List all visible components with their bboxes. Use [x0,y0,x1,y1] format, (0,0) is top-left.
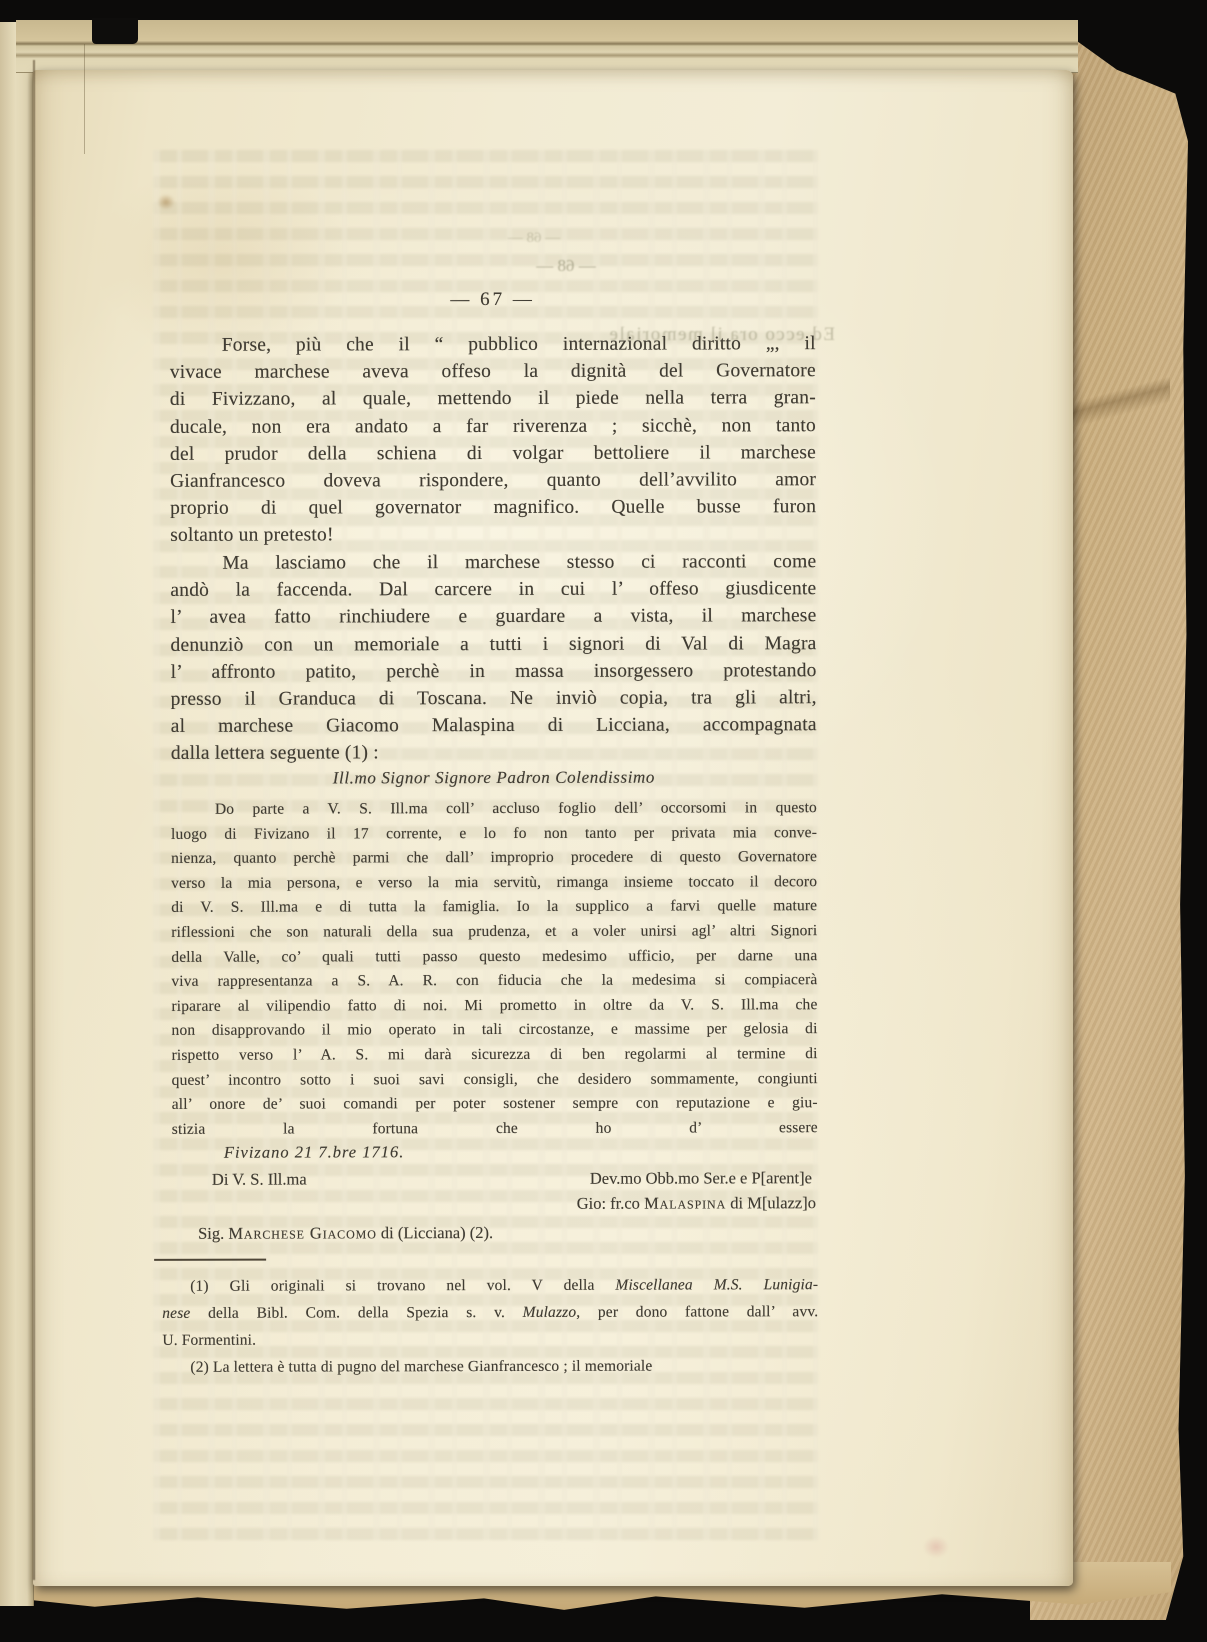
text-line: vivace marchese aveva offeso la dignità … [170,357,816,386]
footnote-text: (1) Gli originali si trovano nel vol. V … [190,1277,615,1295]
signature-name: Malaspina [644,1193,726,1212]
letter-line: riparare al vilipendio fatto di noi. Mi … [171,993,817,1019]
top-edge-notch [92,18,138,44]
letter-line: di V. S. Ill.ma e di tutta la famiglia. … [171,895,817,921]
text-line: Forse, più che il “ pubblico internazion… [170,330,816,359]
scanned-page: — 68 — — 68 — Ed ecco ora il memoriale —… [33,70,1073,1586]
letter-dateline: Fivizano 21 7.bre 1716. [172,1141,818,1163]
letter-line: riflessioni che son naturali della sua p… [171,919,817,945]
text-line: soltanto un pretesto! [170,520,816,549]
footnote-text: (2) La lettera è tutta di pugno del marc… [190,1358,652,1376]
letter-from: Di V. S. Ill.ma [172,1167,307,1191]
text-line: Gianfrancesco doveva rispondere, quanto … [170,466,816,495]
text-line: presso il Granduca di Toscana. Ne inviò … [171,684,817,713]
text-line: andò la faccenda. Dal carcere in cui l’ … [170,575,816,604]
footnote-line: U. Formentini. [162,1325,818,1354]
addressee-prefix: Sig. [198,1224,228,1243]
body-paragraph-1: Forse, più che il “ pubblico internazion… [170,330,817,549]
text-line: l’ avea fatto rinchiudere e guardare a v… [170,603,816,632]
footnote-line: (2) La lettera è tutta di pugno del marc… [162,1352,818,1381]
body-paragraph-2: Ma lasciamo che il marchese stesso ci ra… [170,548,817,767]
text-line: denunziò con un memoriale a tutti i sign… [170,630,816,659]
letter-valediction: Dev.mo Obb.mo Ser.e e P[arent]e [590,1166,818,1191]
footnote-text: , per dono fattone dall’ avv. [576,1303,818,1321]
gutter-shadow [33,60,35,1580]
letter-line: stizia la fortuna che ho d’ essere [172,1116,818,1142]
letter-line: Do parte a V. S. Ill.ma coll’ accluso fo… [171,796,817,822]
text-line: ducale, non era andato a far riverenza ;… [170,412,816,441]
footnote-line: nese della Bibl. Com. della Spezia s. v.… [162,1298,818,1327]
footnote-text-italic: Mulazzo [523,1304,577,1321]
book-scan: — 68 — — 68 — Ed ecco ora il memoriale —… [0,0,1207,1642]
footnote-separator-rule [154,1259,266,1261]
signature-suffix: di M[ulazz]o [726,1193,816,1212]
letter-addressee: Sig. Marchese Giacomo di (Licciana) (2). [172,1222,818,1244]
spine-fold-line [84,44,85,154]
paper-stain [923,1536,949,1558]
facing-page-strip [0,22,34,1606]
text-line: del prudor della schiena di volgar betto… [170,439,816,468]
text-block: — 67 — Forse, più che il “ pubblico inte… [169,69,819,1587]
letter-body: Do parte a V. S. Ill.ma coll’ accluso fo… [171,796,818,1142]
text-line: l’ affronto patito, perchè in massa inso… [171,657,817,686]
letter-line: viva rappresentanza a S. A. R. con fiduc… [171,968,817,994]
letter-line: della Valle, co’ quali tutti passo quest… [171,944,817,970]
footnote-text-italic: nese [162,1305,190,1322]
letter-salutation: Ill.mo Signor Signore Padron Colendissim… [171,767,817,789]
text-line: al marchese Giacomo Malaspina di Liccian… [171,711,817,740]
footnote-line: (1) Gli originali si trovano nel vol. V … [162,1271,818,1300]
letter-line: non disapprovando il mio operato in tali… [171,1017,817,1043]
back-page-crease [1070,150,1170,650]
letter-line: all’ onore de’ suoi comandi per poter so… [172,1091,818,1117]
top-page-edges [16,20,1078,73]
footnotes: (1) Gli originali si trovano nel vol. V … [162,1271,818,1381]
letter-line: nienza, quanto perchè parmi che dall’ im… [171,845,817,871]
addressee-suffix: di (Licciana) (2). [377,1223,493,1242]
text-line: proprio di quel governator magnifico. Qu… [170,493,816,522]
letter-signoff-row: Di V. S. Ill.ma Dev.mo Obb.mo Ser.e e P[… [172,1166,818,1192]
signature-prefix: Gio: fr.co [577,1194,644,1213]
letter-signature: Gio: fr.co Malaspina di M[ulazz]o [172,1193,818,1215]
page-number: — 67 — [170,288,816,312]
letter-line: luogo di Fivizano il 17 corrente, e lo f… [171,821,817,847]
text-line: di Fivizzano, al quale, mettendo il pied… [170,385,816,414]
footnote-text: U. Formentini. [162,1332,256,1349]
text-line: dalla lettera seguente (1) : [171,738,817,767]
footnote-text-italic: Miscellanea M.S. Lunigia- [615,1276,818,1294]
footnote-text: della Bibl. Com. della Spezia s. v. [190,1304,522,1322]
text-line: Ma lasciamo che il marchese stesso ci ra… [170,548,816,577]
letter-line: rispetto verso l’ A. S. mi darà sicurezz… [172,1042,818,1068]
letter-line: verso la mia persona, e verso la mia ser… [171,870,817,896]
addressee-name: Marchese Giacomo [228,1223,377,1242]
letter-line: quest’ incontro sotto i suoi savi consig… [172,1067,818,1093]
